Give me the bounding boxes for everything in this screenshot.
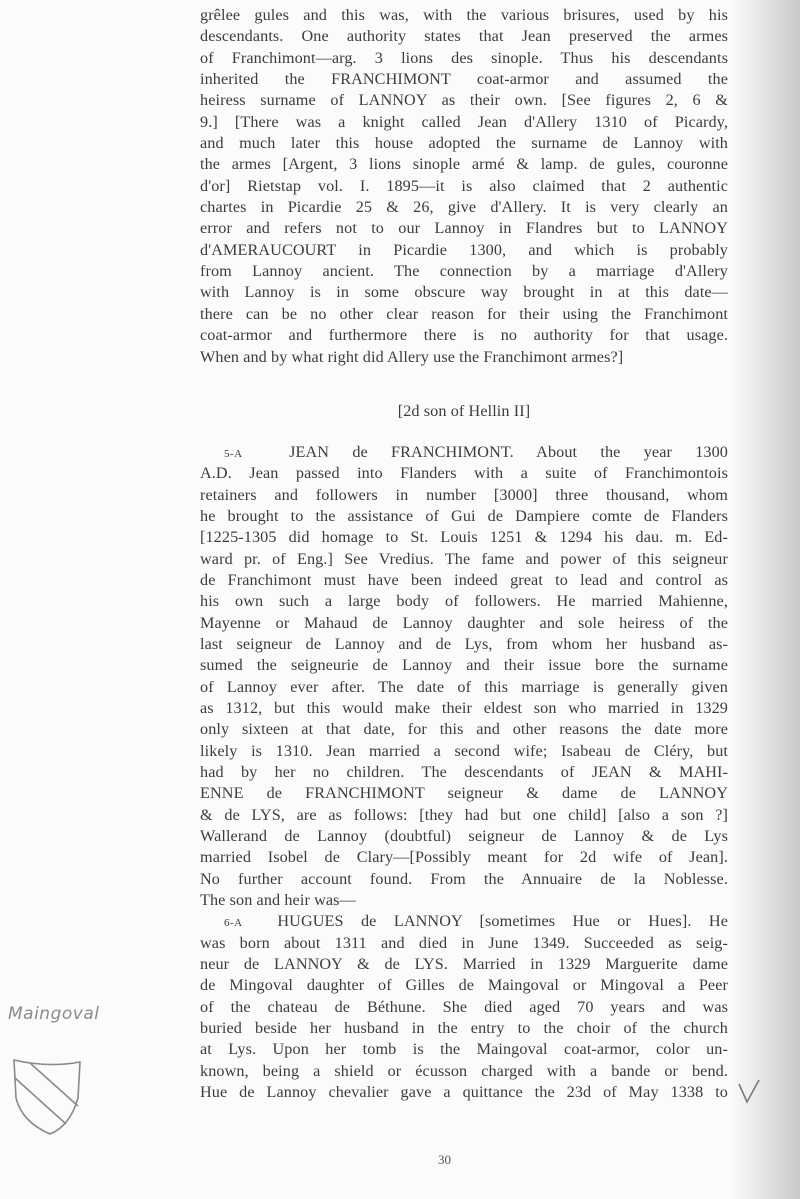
text-line: heiress surname of LANNOY as their own. … [200,90,728,111]
text-line: & de LYS, are as follows: [they had but … [200,805,728,826]
section-caption: [2d son of Hellin II] [200,401,728,422]
text-line: retainers and followers in number [3000]… [200,485,728,506]
text-line: of Franchimont—arg. 3 lions des sinople.… [200,48,728,69]
text-line: with Lannoy is in some obscure way broug… [200,282,728,303]
text-line: descendants. One authority states that J… [200,26,728,47]
document-page: grêlee gules and this was, with the vari… [200,0,728,1104]
entry-heading-line: 6-A HUGUES de LANNOY [sometimes Hue or H… [200,911,728,932]
text-line: Wallerand de Lannoy (doubtful) seigneur … [200,826,728,847]
text-line: d'or] Rietstap vol. I. 1895—it is also c… [200,176,728,197]
entry-number: 6-A [224,917,243,929]
text-line: The son and heir was— [200,890,728,911]
page-number: 30 [438,1152,451,1168]
text-line: known, being a shield or écusson charged… [200,1061,728,1082]
text-line: ENNE de FRANCHIMONT seigneur & dame de L… [200,783,728,804]
text-line: likely is 1310. Jean married a second wi… [200,741,728,762]
text-line: ward pr. of Eng.] See Vredius. The fame … [200,549,728,570]
text-line: de Franchimont must have been indeed gre… [200,570,728,591]
text-line: coat-armor and furthermore there is no a… [200,325,728,346]
text-line: chartes in Picardie 25 & 26, give d'Alle… [200,197,728,218]
text-line: married Isobel de Clary—[Possibly meant … [200,847,728,868]
text-line: of the chateau de Béthune. She died aged… [200,997,728,1018]
text-line: his own such a large body of followers. … [200,591,728,612]
text-line: [1225-1305 did homage to St. Louis 1251 … [200,527,728,548]
paragraph-allery: grêlee gules and this was, with the vari… [200,5,728,368]
entry-heading-line: 5-A JEAN de FRANCHIMONT. About the year … [200,442,728,463]
text-line: neur de LANNOY & de LYS. Married in 1329… [200,954,728,975]
shield-bend-icon [8,1048,88,1138]
entry-6a-hugues-de-lannoy: 6-A HUGUES de LANNOY [sometimes Hue or H… [200,911,728,1103]
text-line: had by her no children. The descendants … [200,762,728,783]
text-line: from Lannoy ancient. The connection by a… [200,261,728,282]
text-line: Mayenne or Mahaud de Lannoy daughter and… [200,613,728,634]
text-line: HUGUES de LANNOY [sometimes Hue or Hues]… [277,912,728,930]
text-line: No further account found. From the Annua… [200,869,728,890]
text-line: sumed the seigneurie de Lannoy and their… [200,655,728,676]
entry-5a-jean-de-franchimont: 5-A JEAN de FRANCHIMONT. About the year … [200,442,728,912]
text-line: there can be no other clear reason for t… [200,304,728,325]
text-line: grêlee gules and this was, with the vari… [200,5,728,26]
page-edge-shadow [730,0,800,1199]
text-line: only sixteen at that date, for this and … [200,719,728,740]
text-line: as 1312, but this would make their eldes… [200,698,728,719]
text-line: Hue de Lannoy chevalier gave a quittance… [200,1082,728,1103]
text-line: was born about 1311 and died in June 134… [200,933,728,954]
text-line: inherited the FRANCHIMONT coat-armor and… [200,69,728,90]
text-line: of Lannoy ever after. The date of this m… [200,677,728,698]
text-line: he brought to the assistance of Gui de D… [200,506,728,527]
text-line: de Mingoval daughter of Gilles de Maingo… [200,975,728,996]
text-line: d'AMERAUCOURT in Picardie 1300, and whic… [200,240,728,261]
text-line: A.D. Jean passed into Flanders with a su… [200,463,728,484]
text-line: 9.] [There was a knight called Jean d'Al… [200,112,728,133]
handwritten-note: Maingoval [8,1004,99,1024]
entry-number: 5-A [224,448,243,460]
text-line: buried beside her husband in the entry t… [200,1018,728,1039]
text-line: at Lys. Upon her tomb is the Maingoval c… [200,1039,728,1060]
text-line: When and by what right did Allery use th… [200,347,728,368]
text-line: and much later this house adopted the su… [200,133,728,154]
checkmark-icon [736,1078,762,1108]
text-line: last seigneur de Lannoy and de Lys, from… [200,634,728,655]
text-line: error and refers not to our Lannoy in Fl… [200,218,728,239]
text-line: the armes [Argent, 3 lions sinople armé … [200,154,728,175]
text-line: JEAN de FRANCHIMONT. About the year 1300 [289,443,728,461]
